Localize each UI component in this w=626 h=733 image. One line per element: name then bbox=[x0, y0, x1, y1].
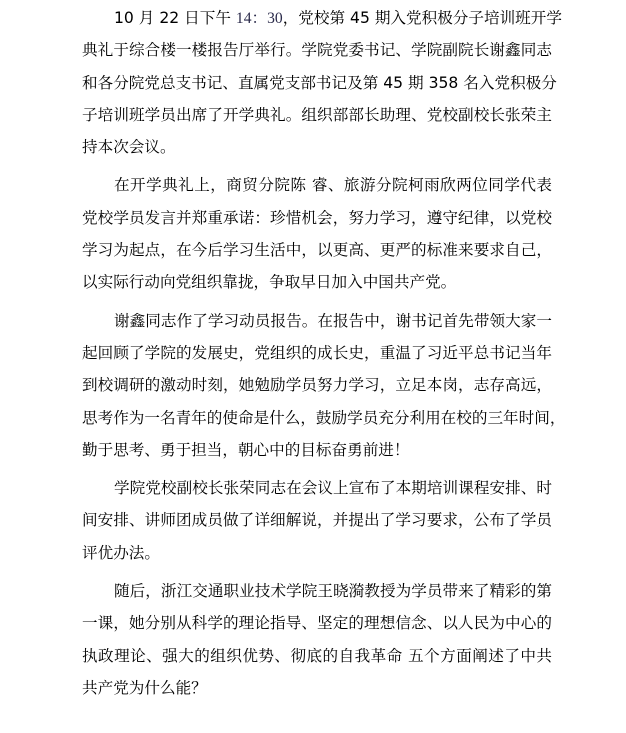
text-line: 10 月 22 日下午 14：30，党校第 45 期入党积极分子培训班开学 bbox=[82, 2, 552, 34]
paragraph-student-speech: 在开学典礼上，商贸分院陈 睿、旅游分院柯雨欣两位同学代表 党校学员发言并郑重承诺… bbox=[82, 169, 552, 298]
text-line: 起回顾了学院的发展史，党组织的成长史，重温了习近平总书记当年 bbox=[82, 337, 552, 369]
text-line: 共产党为什么能？ bbox=[82, 672, 552, 704]
text-line: 勤于思考、勇于担当，朝心中的目标奋勇前进！ bbox=[82, 434, 552, 466]
text-line: 到校调研的激动时刻，她勉励学员努力学习，立足本岗，志存高远， bbox=[82, 369, 552, 401]
text-line: 子培训班学员出席了开学典礼。组织部部长助理、党校副校长张荣主 bbox=[82, 99, 552, 131]
text-line: 在开学典礼上，商贸分院陈 睿、旅游分院柯雨欣两位同学代表 bbox=[82, 169, 552, 201]
paragraph-first-lecture: 随后，浙江交通职业技术学院王晓漪教授为学员带来了精彩的第 一课，她分别从科学的理… bbox=[82, 575, 552, 704]
text-line: 以实际行动向党组织靠拢，争取早日加入中国共产党。 bbox=[82, 266, 552, 298]
text-line: 谢鑫同志作了学习动员报告。在报告中，谢书记首先带领大家一 bbox=[82, 305, 552, 337]
text-line: 党校学员发言并郑重承诺：珍惜机会，努力学习，遵守纪律，以党校 bbox=[82, 202, 552, 234]
text-line: 典礼于综合楼一楼报告厅举行。学院党委书记、学院副院长谢鑫同志 bbox=[82, 34, 552, 66]
text-line: 持本次会议。 bbox=[82, 131, 552, 163]
document-body: 10 月 22 日下午 14：30，党校第 45 期入党积极分子培训班开学 典礼… bbox=[82, 2, 552, 710]
text-line: 执政理论、强大的组织优势、彻底的自我革命 五个方面阐述了中共 bbox=[82, 640, 552, 672]
text-line: 间安排、讲师团成员做了详细解说，并提出了学习要求，公布了学员 bbox=[82, 504, 552, 536]
paragraph-mobilization-report: 谢鑫同志作了学习动员报告。在报告中，谢书记首先带领大家一 起回顾了学院的发展史，… bbox=[82, 305, 552, 466]
paragraph-opening-ceremony: 10 月 22 日下午 14：30，党校第 45 期入党积极分子培训班开学 典礼… bbox=[82, 2, 552, 163]
paragraph-course-arrangement: 学院党校副校长张荣同志在会议上宣布了本期培训课程安排、时 间安排、讲师团成员做了… bbox=[82, 472, 552, 569]
text-line: 一课，她分别从科学的理论指导、坚定的理想信念、以人民为中心的 bbox=[82, 607, 552, 639]
text-line: 思考作为一名青年的使命是什么，鼓励学员充分利用在校的三年时间， bbox=[82, 402, 552, 434]
text-line: 评优办法。 bbox=[82, 537, 552, 569]
text-line: 学习为起点，在今后学习生活中，以更高、更严的标准来要求自己， bbox=[82, 234, 552, 266]
text-line: 和各分院党总支书记、直属党支部书记及第 45 期 358 名入党积极分 bbox=[82, 67, 552, 99]
meeting-time: 14：30 bbox=[236, 10, 283, 27]
text-line: 随后，浙江交通职业技术学院王晓漪教授为学员带来了精彩的第 bbox=[82, 575, 552, 607]
text-line: 学院党校副校长张荣同志在会议上宣布了本期培训课程安排、时 bbox=[82, 472, 552, 504]
